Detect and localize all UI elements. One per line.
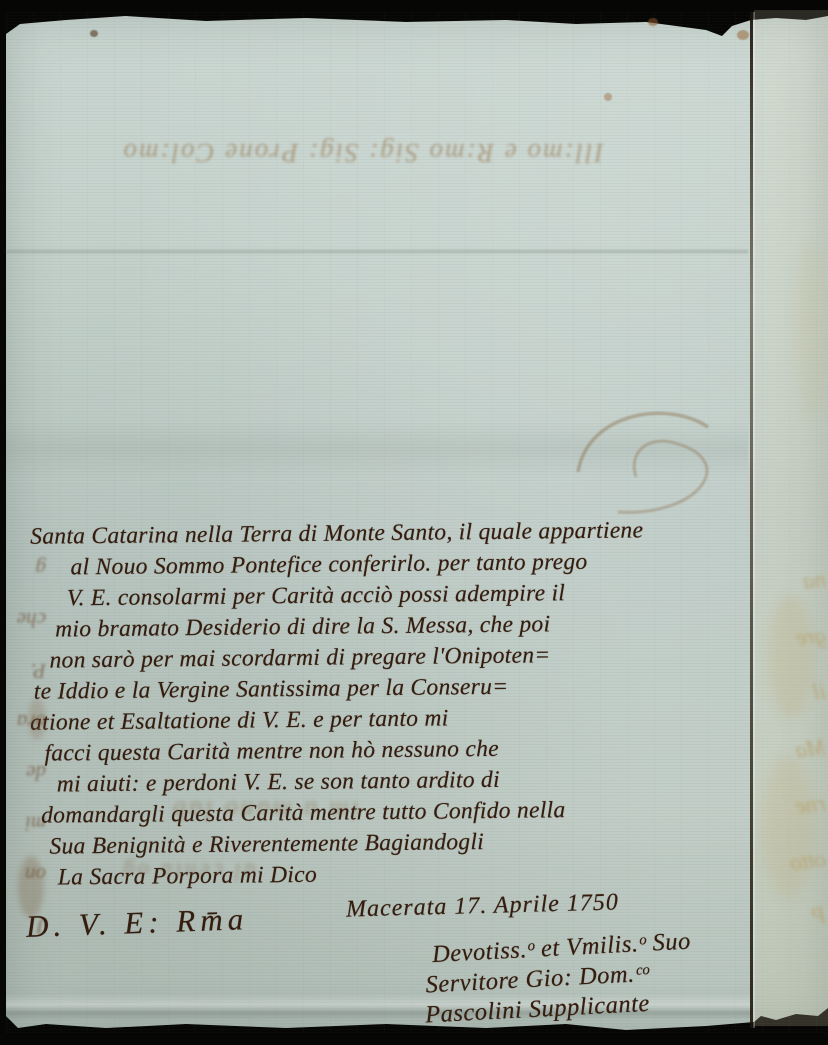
horizontal-fold-crease (6, 250, 748, 253)
paper-stain (737, 30, 749, 40)
showthrough-fragment: P (757, 903, 827, 936)
paper-stain (762, 756, 814, 898)
manuscript-photo: Ill:mo e R:mo Sig: Sig: Prone Col:mo im … (0, 0, 828, 1045)
paper-stain (648, 18, 658, 26)
paper-stain (18, 856, 44, 918)
paper-stain (768, 596, 814, 718)
paper-stain (798, 240, 824, 422)
showthrough-address-line: Ill:mo e R:mo Sig: Sig: Prone Col:mo (100, 104, 625, 168)
paper-stain (28, 698, 46, 740)
ink-flourish (558, 392, 748, 532)
paper-stain (90, 30, 98, 37)
letter-body: Santa Catarina nella Terra di Monte Sant… (26, 514, 756, 894)
showthrough-fragment: na (757, 567, 827, 600)
fold-highlight (753, 12, 755, 1028)
paper-stain (604, 93, 612, 101)
